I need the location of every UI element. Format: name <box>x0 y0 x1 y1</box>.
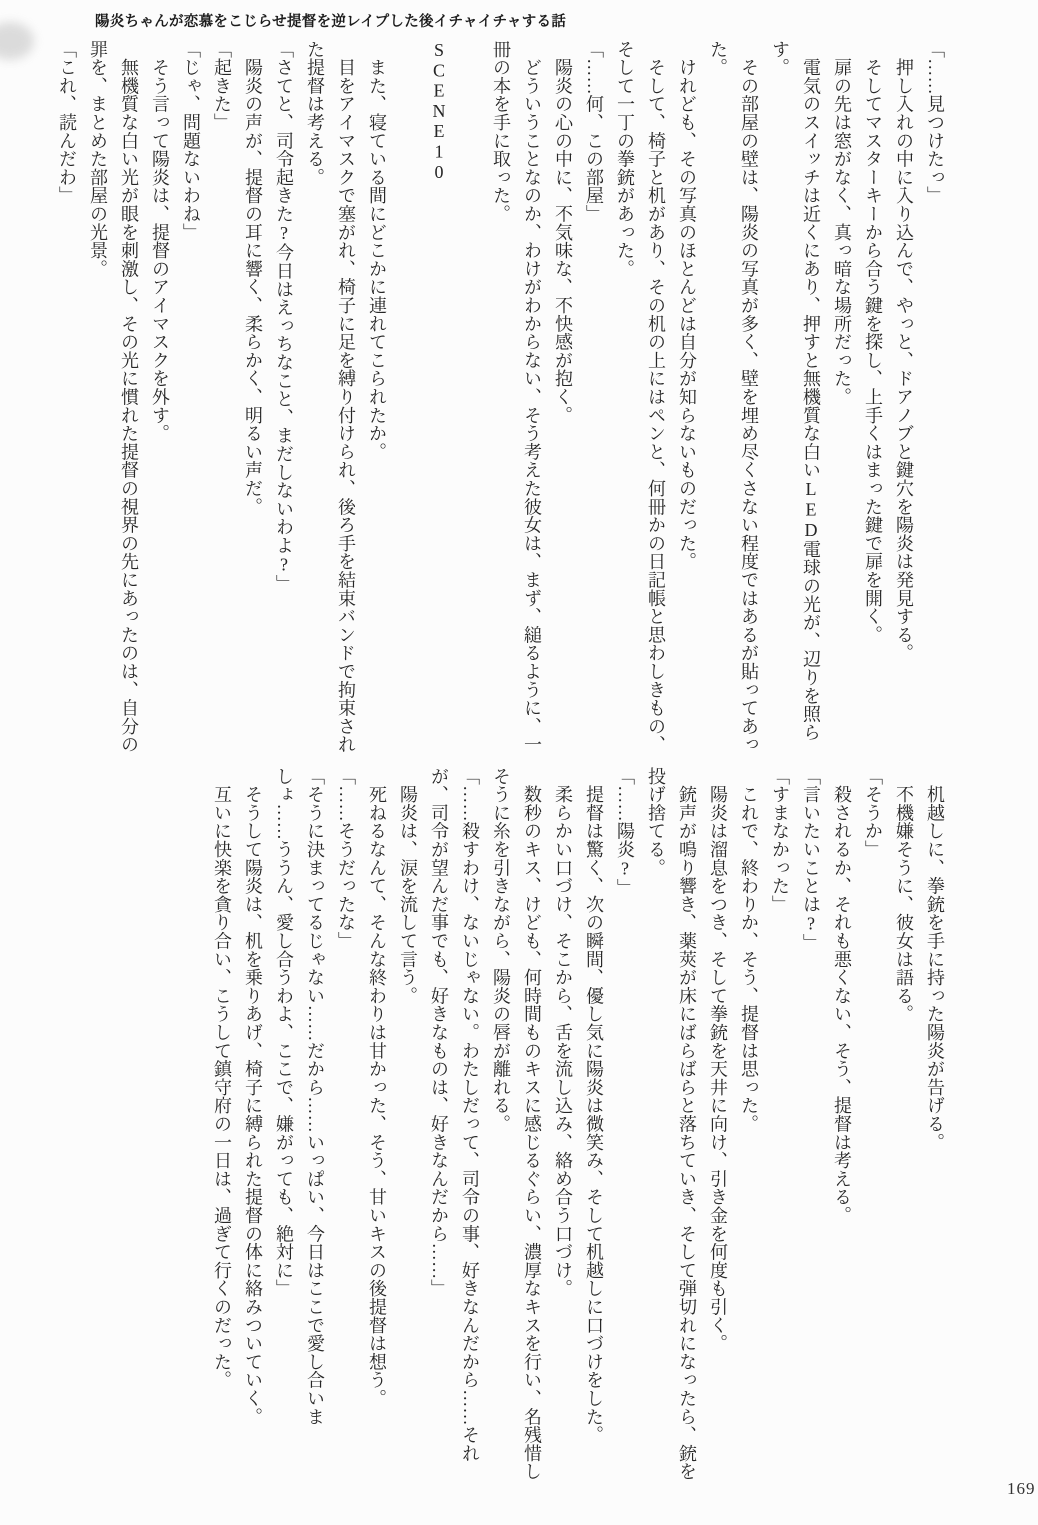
paragraph: また、寝ている間にどこかに連れてこられたか。 <box>361 40 392 760</box>
paragraph: そしてマスターキーから合う鍵を探し、上手くはまった鍵で扉を開く。 <box>857 40 888 760</box>
paragraph: 机越しに、拳銃を手に持った陽炎が告げる。 <box>919 767 950 1489</box>
paragraph: 陽炎は溜息をつき、そして拳銃を天井に向け、引き金を何度も引く。 <box>702 767 733 1489</box>
text-block-lower: 机越しに、拳銃を手に持った陽炎が告げる。 不機嫌そうに、彼女は語る。「そうか」 … <box>206 767 950 1489</box>
scanned-page: 陽炎ちゃんが恋慕をこじらせ提督を逆レイプした後イチャイチャする話 「……見つけた… <box>0 0 1038 1525</box>
paragraph: 「そうか」 <box>857 767 888 1489</box>
paragraph: 殺されるか、それも悪くない、そう、提督は考える。 <box>826 767 857 1489</box>
paragraph: 「さてと、司令起きた?今日はえっちなこと、まだしないわよ?」 <box>268 40 299 760</box>
paragraph: その部屋の壁は、陽炎の写真が多く、壁を埋め尽くさない程度ではあるが貼ってあった。 <box>702 40 764 760</box>
paragraph: 電気のスイッチは近くにあり、押すと無機質な白いLED電球の光が、辺りを照らす。 <box>764 40 826 760</box>
scan-artifact <box>0 22 34 60</box>
paragraph: SCENE10 <box>423 40 454 760</box>
paragraph: そう言って陽炎は、提督のアイマスクを外す。 <box>144 40 175 760</box>
page: { "header": { "title": "陽炎ちゃんが恋慕をこじらせ提督を… <box>0 0 1038 1525</box>
paragraph: 互いに快楽を貪り合い、こうして鎮守府の一日は、過ぎて行くのだった。 <box>206 767 237 1489</box>
paragraph: 「……そうだったな」 <box>330 767 361 1489</box>
paragraph: 「……何、この部屋」 <box>578 40 609 760</box>
paragraph: 「そうに決まってるじゃない……だから……いっぱい、今日はここで愛し合いましょ……… <box>268 767 330 1489</box>
paragraph: 提督は驚く、次の瞬間、優し気に陽炎は微笑み、そして机越しに口づけをした。 <box>578 767 609 1489</box>
paragraph: 「……殺すわけ、ないじゃない。わたしだって、司令の事、好きなんだから……それが、… <box>423 767 485 1489</box>
latin-text: ? <box>801 913 821 933</box>
paragraph: 数秒のキス、けども、何時間ものキスに感じるぐらい、濃厚なキスを行い、名残惜しそう… <box>485 767 547 1489</box>
paragraph: 陽炎の心の中に、不気味な、不快感が抱く。 <box>547 40 578 760</box>
paragraph: 柔らかい口づけ、そこから、舌を流し込み、絡め合う口づけ。 <box>547 767 578 1489</box>
paragraph: 「言いたいことは?」 <box>795 767 826 1489</box>
paragraph: そうして陽炎は、机を乗りあげ、椅子に縛られた提督の体に絡みついていく。 <box>237 767 268 1489</box>
latin-text: LED <box>801 479 821 540</box>
paragraph: 陽炎は、涙を流して言う。 <box>392 767 423 1489</box>
latin-text: SCENE10 <box>429 40 449 182</box>
blank-line <box>392 40 423 760</box>
paragraph: 「……見つけたっ」 <box>919 40 950 760</box>
paragraph: そして、椅子と机があり、その机の上にはペンと、何冊かの日記帳と思わしきもの、そし… <box>609 40 671 760</box>
paragraph: 扉の先は窓がなく、真っ暗な場所だった。 <box>826 40 857 760</box>
page-header-title: 陽炎ちゃんが恋慕をこじらせ提督を逆レイプした後イチャイチャする話 <box>95 10 566 31</box>
paragraph: どういうことなのか、わけがわからない、そう考えた彼女は、まず、縋るように、一冊の… <box>485 40 547 760</box>
paragraph: 無機質な白い光が眼を刺激し、その光に慣れた提督の視界の先にあったのは、自分の罪を… <box>82 40 144 760</box>
paragraph: 陽炎の声が、提督の耳に響く、柔らかく、明るい声だ。 <box>237 40 268 760</box>
paragraph: 不機嫌そうに、彼女は語る。 <box>888 767 919 1489</box>
latin-text: ? <box>274 223 294 243</box>
latin-text: ? <box>274 554 294 574</box>
paragraph: これで、終わりか、そう、提督は思った。 <box>733 767 764 1489</box>
blank-line <box>454 40 485 760</box>
page-number: 169 <box>1007 1479 1036 1499</box>
paragraph: 「これ、読んだわ」 <box>51 40 82 760</box>
paragraph: 「……陽炎?」 <box>609 767 640 1489</box>
paragraph: 「じゃ、問題ないわね」 <box>175 40 206 760</box>
paragraph: 「すまなかった」 <box>764 767 795 1489</box>
paragraph: 目をアイマスクで塞がれ、椅子に足を縛り付けられ、後ろ手を結束バンドで拘束された提… <box>299 40 361 760</box>
paragraph: けれども、その写真のほとんどは自分が知らないものだった。 <box>671 40 702 760</box>
paragraph: 「起きた」 <box>206 40 237 760</box>
paragraph: 死ねるなんて、そんな終わりは甘かった、そう、甘いキスの後提督は想う。 <box>361 767 392 1489</box>
paragraph: 押し入れの中に入り込んで、やっと、ドアノブと鍵穴を陽炎は発見する。 <box>888 40 919 760</box>
latin-text: ? <box>615 859 635 879</box>
paragraph: 銃声が鳴り響き、薬莢が床にばらばらと落ちていき、そして弾切れになったら、銃を投げ… <box>640 767 702 1489</box>
text-block-upper: 「……見つけたっ」 押し入れの中に入り込んで、やっと、ドアノブと鍵穴を陽炎は発見… <box>51 40 950 760</box>
